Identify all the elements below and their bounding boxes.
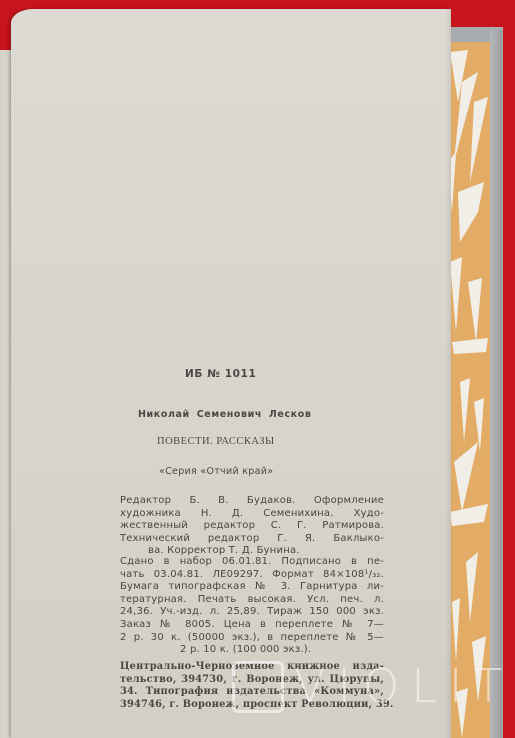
editors-credits: Редактор Б. В. Будаков. Оформление худож… bbox=[120, 495, 384, 558]
editors-line: жественный редактор С. Г. Ратмирова. bbox=[120, 520, 384, 533]
printing-line: Заказ № 8005. Цена в переплете № 7— bbox=[120, 619, 384, 632]
publisher-details: Центрально-Черноземное книжное изда- тел… bbox=[120, 661, 384, 711]
printing-line: чать 03.04.81. ЛЕ09297. Формат 84×108¹/₃… bbox=[120, 569, 384, 582]
printing-details: Сдано в набор 06.01.81. Подписано в пе- … bbox=[120, 556, 384, 657]
editors-line: Редактор Б. В. Будаков. Оформление bbox=[120, 495, 384, 508]
publisher-line: 394746, г. Воронеж, проспект Революции, … bbox=[120, 699, 384, 712]
book-title: ПОВЕСТИ. РАССКАЗЫ bbox=[157, 436, 275, 447]
printing-line: Сдано в набор 06.01.81. Подписано в пе- bbox=[120, 556, 384, 569]
editors-line: Технический редактор Г. Я. Баклыко- bbox=[120, 533, 384, 546]
cover-pattern bbox=[448, 42, 490, 738]
author-name: Николай Семенович Лесков bbox=[138, 409, 311, 420]
colophon: ИБ № 1011 Николай Семенович Лесков ПОВЕС… bbox=[11, 9, 451, 738]
publisher-line: 34. Типография издательства «Коммуна», bbox=[120, 686, 384, 699]
ib-number: ИБ № 1011 bbox=[185, 368, 256, 380]
printing-line: Бумага типографская № 3. Гарнитура ли- bbox=[120, 581, 384, 594]
series-name: «Серия «Отчий край» bbox=[159, 466, 273, 477]
editors-line: художника Н. Д. Семенихина. Худо- bbox=[120, 508, 384, 521]
photo-scene: ИБ № 1011 Николай Семенович Лесков ПОВЕС… bbox=[0, 0, 515, 738]
publisher-line: Центрально-Черноземное книжное изда- bbox=[120, 661, 384, 674]
publisher-line: тельство, 394730, г. Воронеж, ул. Цюрупы… bbox=[120, 674, 384, 687]
book-page: ИБ № 1011 Николай Семенович Лесков ПОВЕС… bbox=[11, 9, 451, 738]
printing-line: 2 р. 10 к. (100 000 экз.). bbox=[120, 644, 384, 657]
printing-line: 24,36. Уч.-изд. л. 25,89. Тираж 150 000 … bbox=[120, 606, 384, 619]
cover-spine-edge bbox=[490, 30, 502, 738]
printing-line: тературная. Печать высокая. Усл. печ. л. bbox=[120, 594, 384, 607]
printing-line: 2 р. 30 к. (50000 экз.), в переплете № 5… bbox=[120, 632, 384, 645]
